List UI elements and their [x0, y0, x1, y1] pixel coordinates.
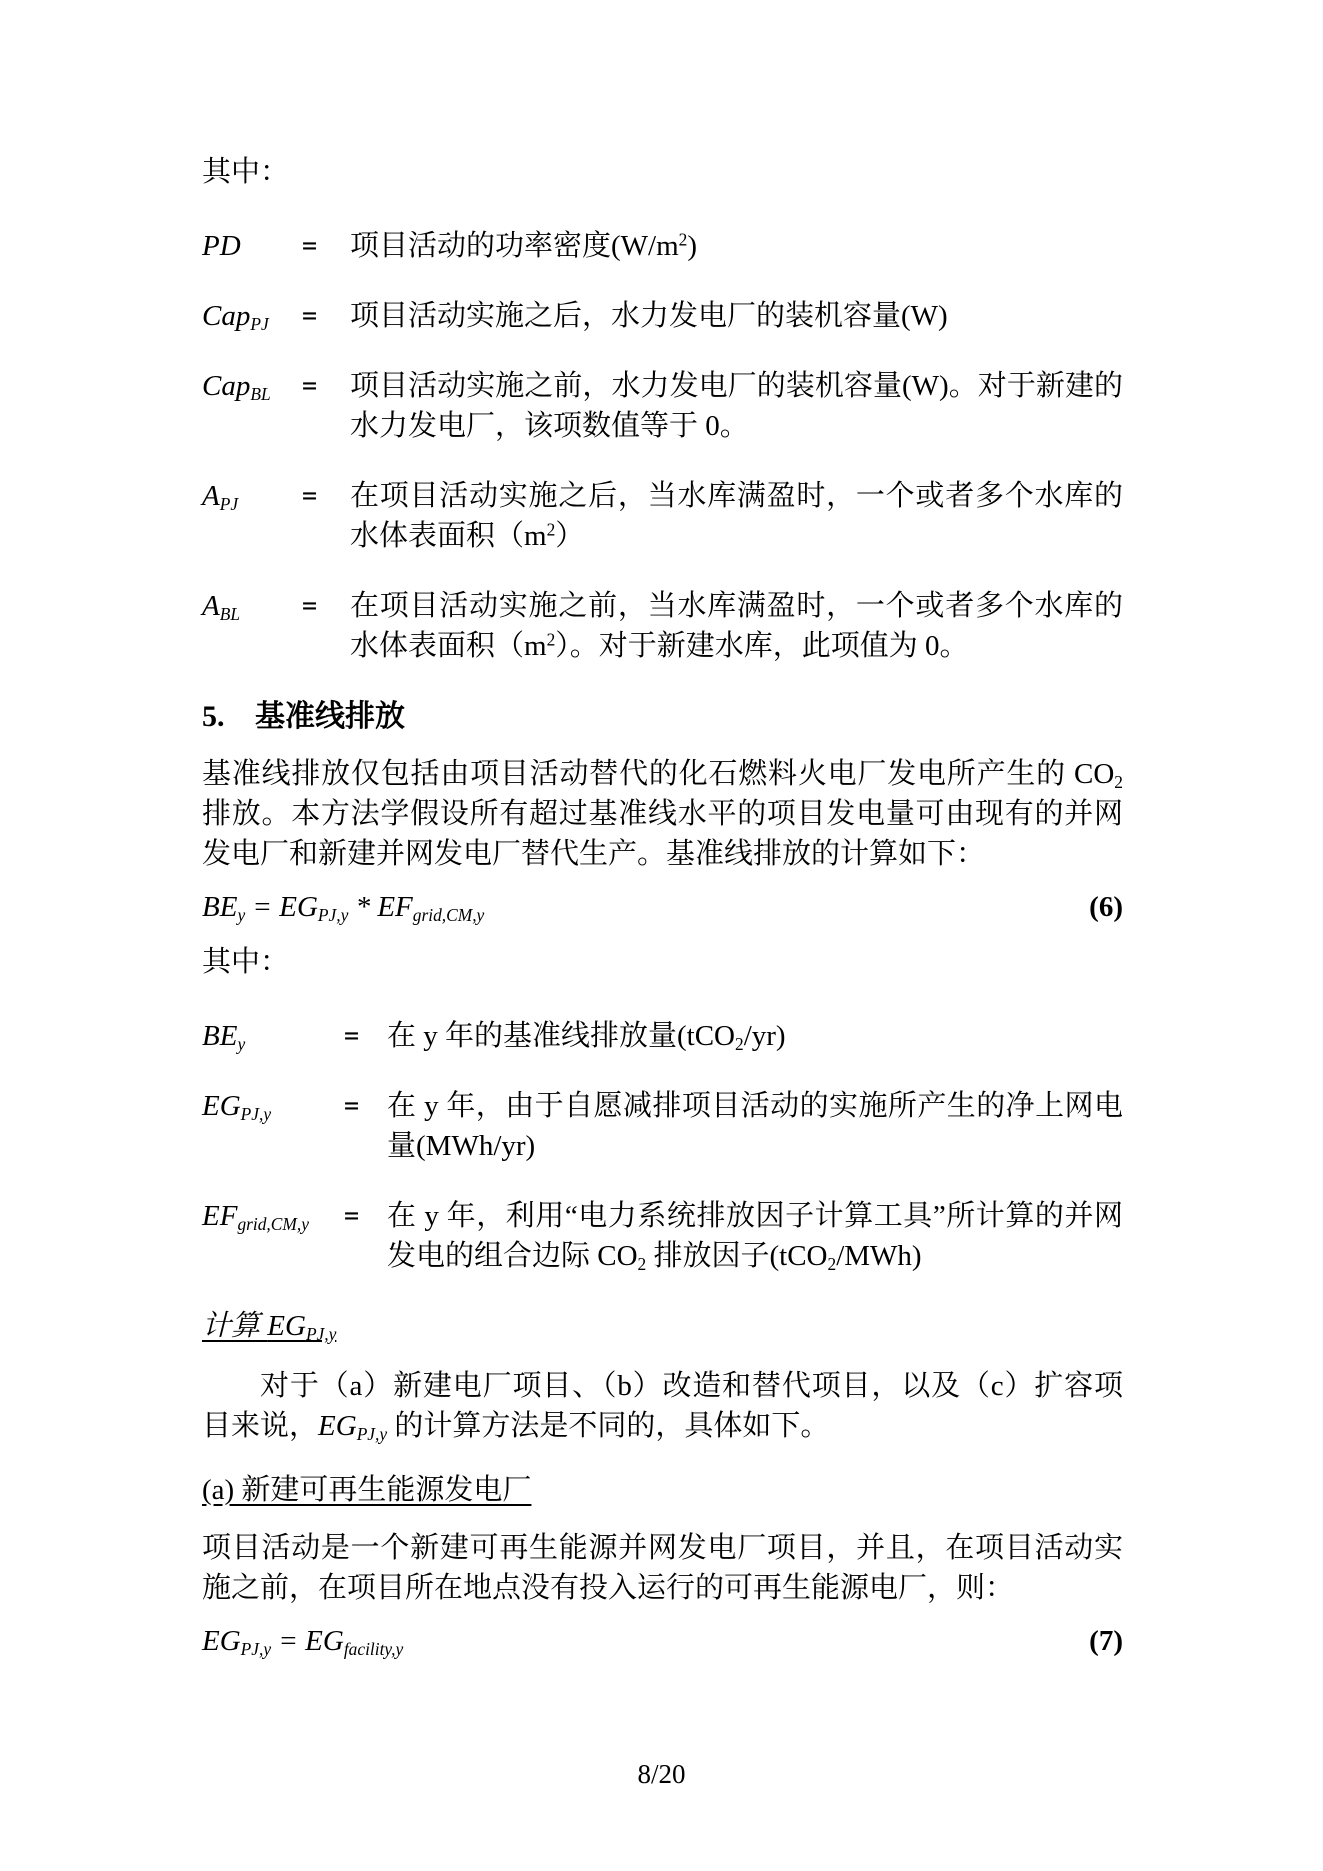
equals-sign: = — [302, 586, 350, 666]
section-5-intro-paragraph: 基准线排放仅包括由项目活动替代的化石燃料火电厂发电所产生的 CO2 排放。本方法… — [202, 754, 1123, 874]
definition-description: 项目活动实施之前，水力发电厂的装机容量(W)。对于新建的水力发电厂，该项数值等于… — [350, 366, 1123, 446]
formula-7-expression: EGPJ,y = EGfacility,y — [202, 1618, 403, 1664]
definition-row-a-pj: APJ = 在项目活动实施之后，当水库满盈时，一个或者多个水库的水体表面积（m2… — [202, 476, 1123, 556]
definition-description: 在项目活动实施之前，当水库满盈时，一个或者多个水库的水体表面积（m2）。对于新建… — [350, 586, 1123, 666]
paragraph-a: 项目活动是一个新建可再生能源并网发电厂项目，并且，在项目活动实施之前，在项目所在… — [202, 1528, 1123, 1608]
equals-sign: = — [302, 476, 350, 556]
definition-term: APJ — [202, 476, 302, 556]
calc-eg-heading: 计算 EGPJ,y — [202, 1306, 1123, 1346]
section-heading-5: 5. 基准线排放 — [202, 696, 1123, 738]
wherein-label-1: 其中： — [202, 152, 1123, 192]
calc-paragraph: 对于（a）新建电厂项目、（b）改造和替代项目，以及（c）扩容项目来说，EGPJ,… — [202, 1366, 1123, 1446]
equals-sign: = — [302, 226, 350, 266]
definition-description: 项目活动实施之后，水力发电厂的装机容量(W) — [350, 296, 1123, 336]
equals-sign: = — [344, 1016, 387, 1056]
section-title: 基准线排放 — [255, 696, 405, 738]
definition-row-eg-pjy: EGPJ,y = 在 y 年，由于自愿减排项目活动的实施所产生的净上网电量(MW… — [202, 1086, 1123, 1166]
definition-term: BEy — [202, 1016, 344, 1056]
definition-term: CapPJ — [202, 296, 302, 336]
page-number: 8/20 — [0, 1757, 1323, 1791]
definition-row-be-y: BEy = 在 y 年的基准线排放量(tCO2/yr) — [202, 1016, 1123, 1056]
definition-term: EFgrid,CM,y — [202, 1196, 344, 1276]
section-number: 5. — [202, 696, 255, 738]
equals-sign: = — [344, 1196, 387, 1276]
definition-description: 在 y 年，由于自愿减排项目活动的实施所产生的净上网电量(MWh/yr) — [387, 1086, 1123, 1166]
sub-heading-a: (a) 新建可再生能源发电厂 — [202, 1470, 1123, 1510]
definition-description: 在 y 年的基准线排放量(tCO2/yr) — [387, 1016, 1123, 1056]
definition-row-pd: PD = 项目活动的功率密度(W/m2) — [202, 226, 1123, 266]
definition-row-cap-pj: CapPJ = 项目活动实施之后，水力发电厂的装机容量(W) — [202, 296, 1123, 336]
formula-6-expression: BEy = EGPJ,y * EFgrid,CM,y — [202, 884, 484, 930]
definition-row-cap-bl: CapBL = 项目活动实施之前，水力发电厂的装机容量(W)。对于新建的水力发电… — [202, 366, 1123, 446]
equation-number-7: (7) — [1089, 1618, 1123, 1664]
equation-number-6: (6) — [1089, 884, 1123, 930]
equals-sign: = — [302, 366, 350, 446]
formula-7-row: EGPJ,y = EGfacility,y (7) — [202, 1618, 1123, 1664]
definition-term: PD — [202, 226, 302, 266]
equals-sign: = — [302, 296, 350, 336]
document-page: 其中： PD = 项目活动的功率密度(W/m2) CapPJ = 项目活动实施之… — [0, 0, 1323, 1871]
definition-term: ABL — [202, 586, 302, 666]
definition-row-a-bl: ABL = 在项目活动实施之前，当水库满盈时，一个或者多个水库的水体表面积（m2… — [202, 586, 1123, 666]
wherein-label-2: 其中： — [202, 942, 1123, 982]
definition-term: CapBL — [202, 366, 302, 446]
definition-list-1: PD = 项目活动的功率密度(W/m2) CapPJ = 项目活动实施之后，水力… — [202, 226, 1123, 666]
definition-description: 项目活动的功率密度(W/m2) — [350, 226, 1123, 266]
definition-description: 在项目活动实施之后，当水库满盈时，一个或者多个水库的水体表面积（m2） — [350, 476, 1123, 556]
definition-term: EGPJ,y — [202, 1086, 344, 1166]
formula-6-row: BEy = EGPJ,y * EFgrid,CM,y (6) — [202, 884, 1123, 930]
definition-list-2: BEy = 在 y 年的基准线排放量(tCO2/yr) EGPJ,y = 在 y… — [202, 1016, 1123, 1276]
definition-description: 在 y 年，利用“电力系统排放因子计算工具”所计算的并网发电的组合边际 CO2 … — [387, 1196, 1123, 1276]
equals-sign: = — [344, 1086, 387, 1166]
definition-row-ef-grid: EFgrid,CM,y = 在 y 年，利用“电力系统排放因子计算工具”所计算的… — [202, 1196, 1123, 1276]
